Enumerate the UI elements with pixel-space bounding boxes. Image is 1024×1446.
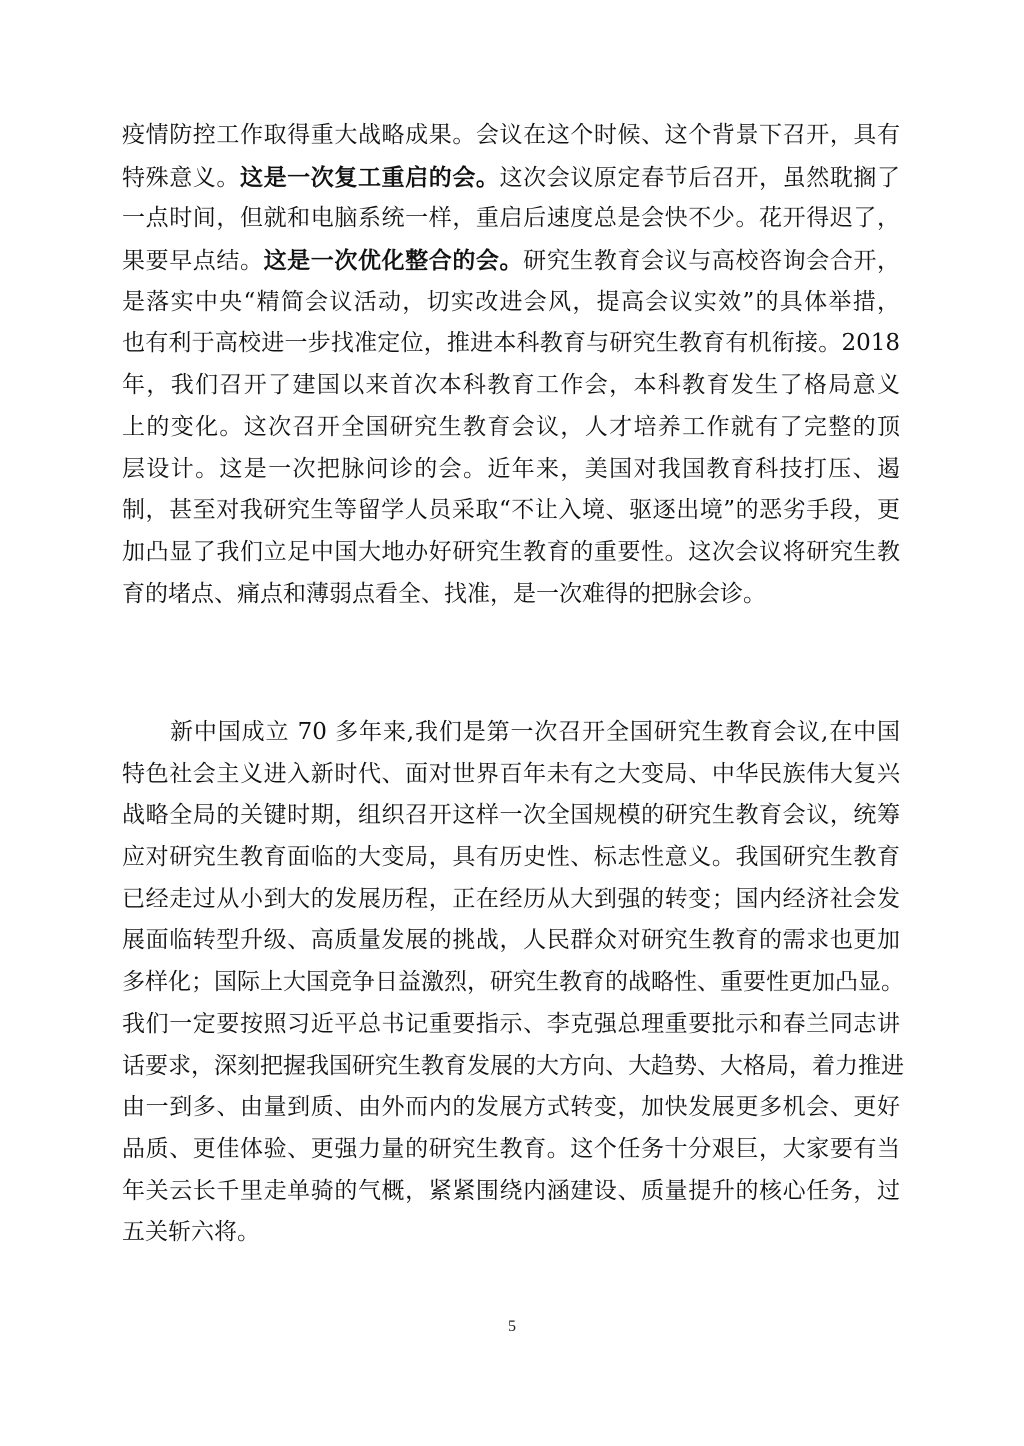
text-segment: 层设计。这是一次把脉问诊的会。近年来，美国对我国教育科技打压、遏 bbox=[122, 456, 900, 482]
text-segment: 制，甚至对我研究生等留学人员采取“不让入境、驱逐出境”的恶劣手段，更 bbox=[122, 497, 900, 523]
text-segment: 五关斩六将。 bbox=[122, 1219, 260, 1245]
text-segment: 加凸显了我们立足中国大地办好研究生教育的重要性。这次会议将研究生教 bbox=[122, 539, 900, 565]
text-line: 一点时间，但就和电脑系统一样，重启后速度总是会快不少。花开得迟了， bbox=[122, 198, 900, 240]
text-line: 年，我们召开了建国以来首次本科教育工作会，本科教育发生了格局意义 bbox=[122, 365, 900, 407]
text-segment: 由一到多、由量到质、由外而内的发展方式转变，加快发展更多机会、更好 bbox=[122, 1094, 900, 1120]
text-line: 特殊意义。这是一次复工重启的会。这次会议原定春节后召开，虽然耽搁了 bbox=[122, 157, 900, 199]
text-segment: 新中国成立 70 多年来,我们是第一次召开全国研究生教育会议,在中国 bbox=[170, 719, 900, 745]
text-segment: 多样化；国际上大国竞争日益激烈，研究生教育的战略性、重要性更加凸显。 bbox=[122, 969, 904, 995]
text-segment: 疫情防控工作取得重大战略成果。会议在这个时候、这个背景下召开，具有 bbox=[122, 122, 900, 148]
text-segment: 话要求，深刻把握我国研究生教育发展的大方向、大趋势、大格局，着力推进 bbox=[122, 1053, 904, 1079]
text-segment: 品质、更佳体验、更强力量的研究生教育。这个任务十分艰巨，大家要有当 bbox=[122, 1136, 900, 1162]
text-line: 层设计。这是一次把脉问诊的会。近年来，美国对我国教育科技打压、遏 bbox=[122, 449, 900, 491]
text-line: 多样化；国际上大国竞争日益激烈，研究生教育的战略性、重要性更加凸显。 bbox=[122, 962, 900, 1004]
text-line: 展面临转型升级、高质量发展的挑战，人民群众对研究生教育的需求也更加 bbox=[122, 920, 900, 962]
bold-heading-segment: 这是一次复工重启的会。 bbox=[240, 164, 500, 191]
text-line: 品质、更佳体验、更强力量的研究生教育。这个任务十分艰巨，大家要有当 bbox=[122, 1129, 900, 1171]
text-segment: 特色社会主义进入新时代、面对世界百年未有之大变局、中华民族伟大复兴 bbox=[122, 761, 900, 787]
text-line: 五关斩六将。 bbox=[122, 1212, 900, 1254]
body-text: 疫情防控工作取得重大战略成果。会议在这个时候、这个背景下召开，具有 特殊意义。这… bbox=[122, 0, 900, 1300]
text-line: 新中国成立 70 多年来,我们是第一次召开全国研究生教育会议,在中国 bbox=[122, 712, 900, 754]
text-segment: 我们一定要按照习近平总书记重要指示、李克强总理重要批示和春兰同志讲 bbox=[122, 1011, 900, 1037]
text-segment: 这次会议原定春节后召开，虽然耽搁了 bbox=[500, 165, 901, 191]
text-segment: 一点时间，但就和电脑系统一样，重启后速度总是会快不少。花开得迟了， bbox=[122, 205, 900, 231]
text-line: 也有利于高校进一步找准定位，推进本科教育与研究生教育有机衔接。2018 bbox=[122, 323, 900, 365]
text-line: 已经走过从小到大的发展历程，正在经历从大到强的转变；国内经济社会发 bbox=[122, 879, 900, 921]
text-line: 是落实中央“精简会议活动，切实改进会风，提高会议实效”的具体举措， bbox=[122, 282, 900, 324]
paragraph-1: 疫情防控工作取得重大战略成果。会议在这个时候、这个背景下召开，具有 特殊意义。这… bbox=[122, 115, 900, 615]
text-line: 话要求，深刻把握我国研究生教育发展的大方向、大趋势、大格局，着力推进 bbox=[122, 1046, 900, 1088]
text-line: 制，甚至对我研究生等留学人员采取“不让入境、驱逐出境”的恶劣手段，更 bbox=[122, 490, 900, 532]
text-segment: 果要早点结。 bbox=[122, 248, 264, 274]
text-line: 育的堵点、痛点和薄弱点看全、找准，是一次难得的把脉会诊。 bbox=[122, 574, 900, 616]
text-segment: 应对研究生教育面临的大变局，具有历史性、标志性意义。我国研究生教育 bbox=[122, 844, 900, 870]
paragraph-2: 新中国成立 70 多年来,我们是第一次召开全国研究生教育会议,在中国 特色社会主… bbox=[122, 712, 900, 1254]
text-line: 疫情防控工作取得重大战略成果。会议在这个时候、这个背景下召开，具有 bbox=[122, 115, 900, 157]
text-segment: 年，我们召开了建国以来首次本科教育工作会，本科教育发生了格局意义 bbox=[122, 372, 900, 398]
text-segment: 育的堵点、痛点和薄弱点看全、找准，是一次难得的把脉会诊。 bbox=[122, 581, 766, 607]
text-line: 年关云长千里走单骑的气概，紧紧围绕内涵建设、质量提升的核心任务，过 bbox=[122, 1171, 900, 1213]
text-line: 上的变化。这次召开全国研究生教育会议，人才培养工作就有了完整的顶 bbox=[122, 407, 900, 449]
text-segment: 研究生教育会议与高校咨询会合开， bbox=[523, 248, 900, 274]
text-line: 应对研究生教育面临的大变局，具有历史性、标志性意义。我国研究生教育 bbox=[122, 837, 900, 879]
text-segment: 是落实中央“精简会议活动，切实改进会风，提高会议实效”的具体举措， bbox=[122, 289, 900, 315]
text-line: 特色社会主义进入新时代、面对世界百年未有之大变局、中华民族伟大复兴 bbox=[122, 754, 900, 796]
text-segment: 已经走过从小到大的发展历程，正在经历从大到强的转变；国内经济社会发 bbox=[122, 886, 900, 912]
text-line: 果要早点结。这是一次优化整合的会。研究生教育会议与高校咨询会合开， bbox=[122, 240, 900, 282]
bold-heading-segment: 这是一次优化整合的会。 bbox=[264, 247, 524, 274]
text-segment: 上的变化。这次召开全国研究生教育会议，人才培养工作就有了完整的顶 bbox=[122, 414, 900, 440]
text-segment: 年关云长千里走单骑的气概，紧紧围绕内涵建设、质量提升的核心任务，过 bbox=[122, 1178, 900, 1204]
text-line: 我们一定要按照习近平总书记重要指示、李克强总理重要批示和春兰同志讲 bbox=[122, 1004, 900, 1046]
text-line: 战略全局的关键时期，组织召开这样一次全国规模的研究生教育会议，统筹 bbox=[122, 795, 900, 837]
text-segment: 战略全局的关键时期，组织召开这样一次全国规模的研究生教育会议，统筹 bbox=[122, 802, 900, 828]
text-segment: 也有利于高校进一步找准定位，推进本科教育与研究生教育有机衔接。2018 bbox=[122, 330, 900, 356]
text-line: 加凸显了我们立足中国大地办好研究生教育的重要性。这次会议将研究生教 bbox=[122, 532, 900, 574]
page-number: 5 bbox=[0, 1318, 1024, 1336]
text-line: 由一到多、由量到质、由外而内的发展方式转变，加快发展更多机会、更好 bbox=[122, 1087, 900, 1129]
text-segment: 展面临转型升级、高质量发展的挑战，人民群众对研究生教育的需求也更加 bbox=[122, 927, 900, 953]
document-page: 疫情防控工作取得重大战略成果。会议在这个时候、这个背景下召开，具有 特殊意义。这… bbox=[0, 0, 1024, 1446]
text-segment: 特殊意义。 bbox=[122, 165, 240, 191]
